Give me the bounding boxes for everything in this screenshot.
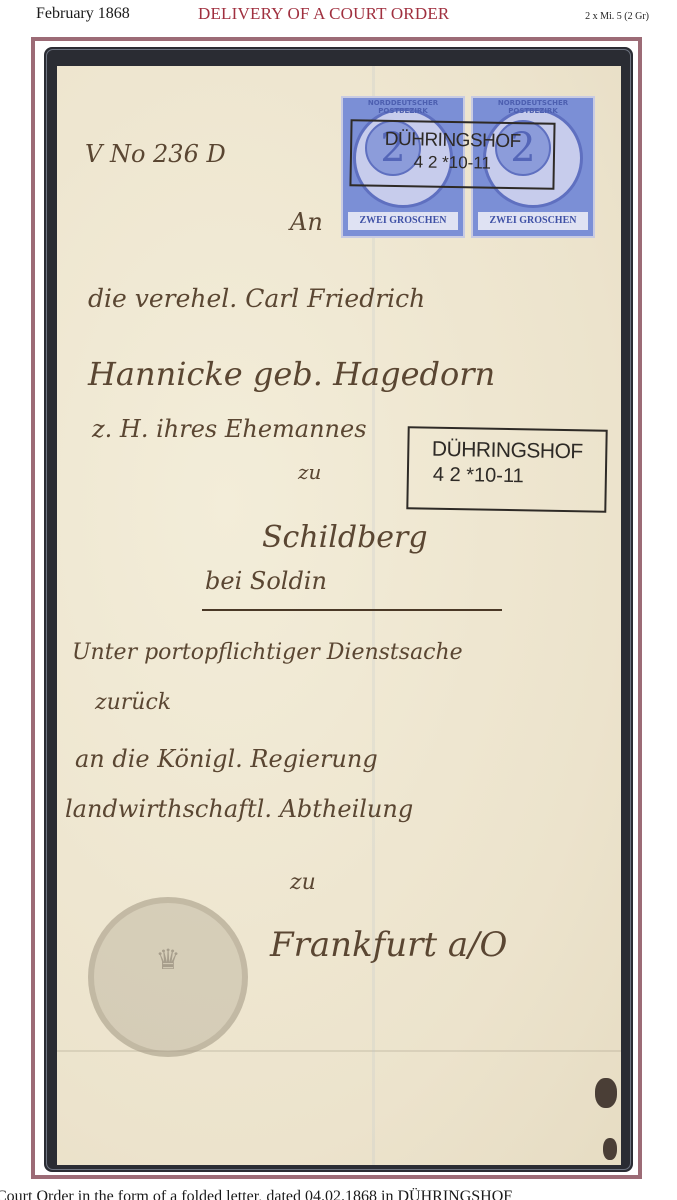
address-underline [202, 609, 502, 611]
return-line-4: landwirthschaftl. Abtheilung [65, 795, 413, 823]
address-line-3: z. H. ihres Ehemannes [92, 415, 367, 443]
address-line-1: die verehel. Carl Friedrich [88, 284, 425, 313]
page-title: DELIVERY OF A COURT ORDER [198, 4, 449, 24]
return-line-3: an die Königl. Regierung [75, 745, 378, 773]
postmark-on-stamps: DÜHRINGSHOF 4 2 *10-11 [349, 119, 555, 190]
postmark-town: DÜHRINGSHOF [352, 127, 553, 155]
paper-stain [595, 1078, 617, 1108]
reference-number: V No 236 D [85, 140, 226, 168]
caption: Court Order in the form of a folded lett… [0, 1188, 512, 1200]
header-date: February 1868 [36, 5, 130, 23]
return-city: Frankfurt a/O [270, 925, 507, 965]
address-bei: bei Soldin [205, 567, 327, 595]
address-line-2: Hannicke geb. Hagedorn [88, 355, 495, 393]
stamp-value: ZWEI GROSCHEN [348, 212, 458, 230]
postmark-date: 4 2 *10-11 [352, 151, 553, 175]
address-town: Schildberg [262, 520, 428, 555]
crown-icon: ♛ [94, 943, 242, 977]
stamp-arc-text: NORDDEUTSCHER POSTBEZIRK [343, 99, 463, 115]
postmark-town: DÜHRINGSHOF [409, 436, 605, 465]
postmark-date: 4 2 *10-11 [409, 462, 605, 489]
catalogue-reference: 2 x Mi. 5 (2 Gr) [585, 11, 649, 22]
paper-stain [603, 1138, 617, 1160]
address-zu: zu [298, 460, 321, 484]
stamp-arc-text: NORDDEUTSCHER POSTBEZIRK [473, 99, 593, 115]
stamp-value: ZWEI GROSCHEN [478, 212, 588, 230]
return-zu: zu [290, 870, 316, 895]
salutation: An [290, 208, 323, 236]
return-line-2: zurück [95, 690, 171, 715]
postmark-on-cover: DÜHRINGSHOF 4 2 *10-11 [406, 426, 607, 512]
return-line-1: Unter portopflichtiger Dienstsache [72, 640, 463, 665]
official-seal: ♛ [88, 897, 248, 1057]
